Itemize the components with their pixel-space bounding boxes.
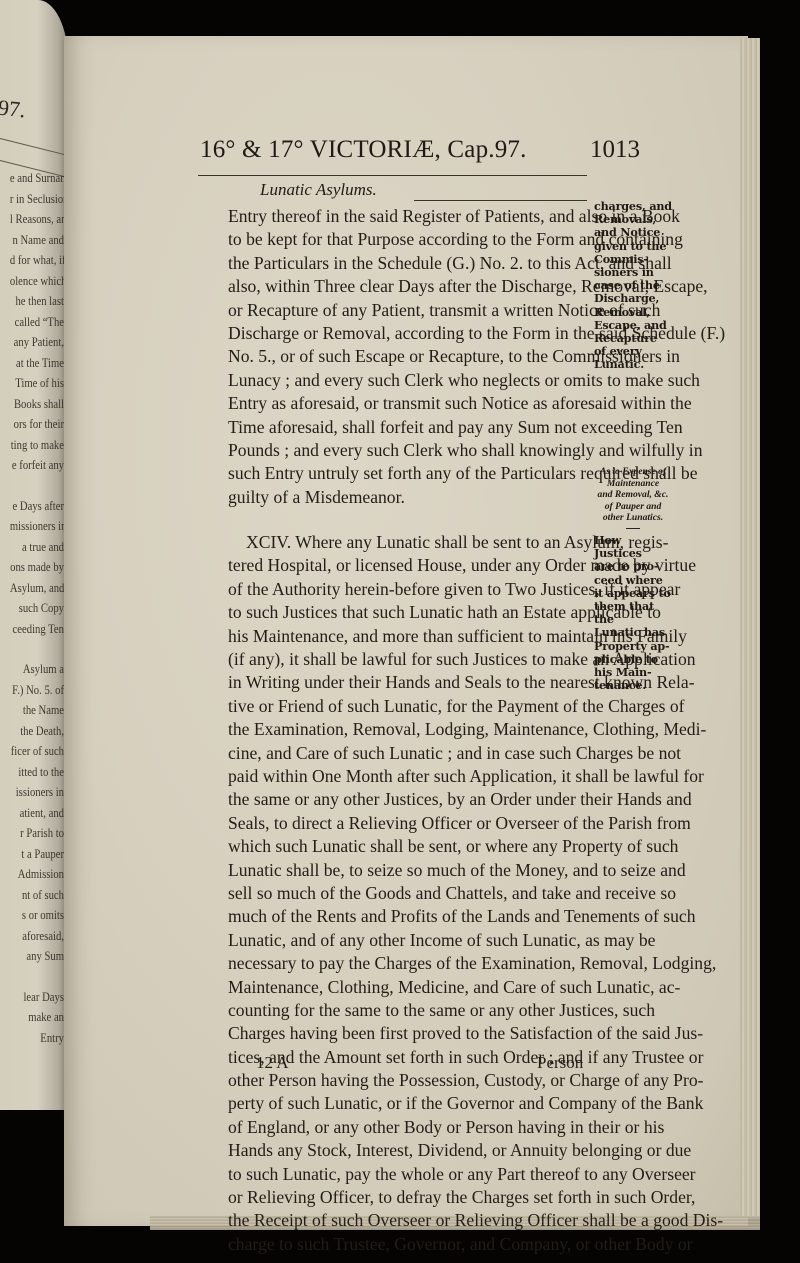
left-page-fragment: issioners in	[10, 782, 64, 803]
body-line: such Entry untruly set forth any of the …	[228, 462, 585, 485]
margin-note-line: are to pro-	[594, 560, 672, 573]
left-page-fragment: ceeding Ten	[10, 619, 64, 640]
signature-mark: 12 A	[256, 1053, 289, 1073]
body-line: Hands any Stock, Interest, Dividend, or …	[228, 1139, 585, 1162]
margin-note-line: Lunatic has	[594, 626, 672, 639]
margin-note-line: As to Expense of	[594, 466, 672, 478]
body-line: to be kept for that Purpose according to…	[228, 228, 585, 251]
left-page-fragment: missioners in	[10, 516, 64, 537]
paragraph-xciii-continued: Entry thereof in the said Register of Pa…	[228, 205, 585, 509]
left-page-fragment: Asylum a	[10, 659, 64, 680]
left-page-fragment: at the Time	[10, 353, 64, 374]
margin-note-divider	[626, 528, 640, 529]
body-line: much of the Rents and Profits of the Lan…	[228, 905, 585, 928]
left-page-fragment: lear Days	[10, 987, 64, 1008]
body-line: his Maintenance, and more than sufficien…	[228, 625, 585, 648]
left-page-text-fragments: e and Surnamer in Seclusionl Reasons, an…	[0, 168, 64, 1048]
left-page-running-number: 97.	[0, 95, 27, 124]
left-page-fragment: e and Surname	[10, 168, 64, 189]
body-line: or Relieving Officer, to defray the Char…	[228, 1186, 585, 1209]
left-page-fragment: olence which	[10, 271, 64, 292]
left-page-fragment: any Patient,	[10, 332, 64, 353]
body-line: Seals, to direct a Relieving Officer or …	[228, 812, 585, 835]
left-page-fragment: make an	[10, 1007, 64, 1028]
left-page-fragment: F.) No. 5. of	[10, 680, 64, 701]
left-page-fragment: such Copy	[10, 598, 64, 619]
left-page-fragment: atient, and	[10, 803, 64, 824]
left-page-fragment: called “The	[10, 312, 64, 333]
body-line: the Examination, Removal, Lodging, Maint…	[228, 718, 585, 741]
left-facing-page: 97. e and Surnamer in Seclusionl Reasons…	[0, 0, 68, 1110]
body-line: Lunatic shall be, to seize so much of th…	[228, 859, 585, 882]
body-line: Maintenance, Clothing, Medicine, and Car…	[228, 976, 585, 999]
body-line: to such Lunatic, pay the whole or any Pa…	[228, 1163, 585, 1186]
margin-note-line: ceed where	[594, 574, 672, 587]
body-line: of the Authority herein-before given to …	[228, 578, 585, 601]
margin-note-line: tenance.	[594, 679, 672, 692]
left-page-fragment: r Parish to	[10, 823, 64, 844]
margin-note-line: Maintenance	[594, 478, 672, 490]
body-line: sell so much of the Goods and Chattels, …	[228, 882, 585, 905]
left-page-fragment: ficer of such	[10, 741, 64, 762]
page-number: 1013	[590, 136, 640, 164]
body-line: of England, or any other Body or Person …	[228, 1116, 585, 1139]
margin-note-line: Property ap-	[594, 640, 672, 653]
left-page-fragment: ons made by	[10, 557, 64, 578]
left-page-fragment: Books shall	[10, 394, 64, 415]
margin-note-line: Removal,	[594, 306, 672, 319]
left-page-fragment: Time of his	[10, 373, 64, 394]
margin-note-line: and Notice	[594, 226, 672, 239]
body-line: perty of such Lunatic, or if the Governo…	[228, 1092, 585, 1115]
body-line: necessary to pay the Charges of the Exam…	[228, 952, 585, 975]
left-page-fragment: d for what, if	[10, 250, 64, 271]
body-text: Entry thereof in the said Register of Pa…	[228, 205, 585, 1256]
left-page-fragment: l Reasons, and	[10, 209, 64, 230]
left-page-fragment: Entry	[10, 1028, 64, 1049]
page-stack-edge	[740, 38, 760, 1218]
margin-note-line: them that the	[594, 600, 672, 626]
margin-note-notice-of-discharge: charges, andRemovals,and Noticegiven to …	[594, 200, 672, 372]
body-line: Discharge or Removal, according to the F…	[228, 322, 585, 345]
body-line: the same or any other Justices, by an Or…	[228, 788, 585, 811]
margin-note-expense-of-maintenance: As to Expense ofMaintenanceand Removal, …	[594, 466, 672, 692]
body-line: counting for the same to the same or any…	[228, 999, 585, 1022]
left-page-fragment: s or omits	[10, 905, 64, 926]
left-page-fragment: t a Pauper	[10, 844, 64, 865]
body-line: the Receipt of such Overseer or Relievin…	[228, 1209, 585, 1232]
section-heading: Lunatic Asylums.	[260, 180, 377, 200]
body-line: (if any), it shall be lawful for such Ju…	[228, 648, 585, 671]
left-page-fragment: n Name and	[10, 230, 64, 251]
margin-note-line: other Lunatics.	[594, 512, 672, 524]
body-line: charge to such Trustee, Governor, and Co…	[228, 1233, 585, 1256]
left-page-fragment: the Death,	[10, 721, 64, 742]
body-line: or Recapture of any Patient, transmit a …	[228, 299, 585, 322]
body-line: paid within One Month after such Applica…	[228, 765, 585, 788]
header-rule	[198, 175, 587, 176]
body-line: cine, and Care of such Lunatic ; and in …	[228, 742, 585, 765]
margin-note-line: it appears to	[594, 587, 672, 600]
margin-note-line: Discharge,	[594, 292, 672, 305]
left-page-fragment: a true and	[10, 537, 64, 558]
body-line: Pounds ; and every such Clerk who shall …	[228, 439, 585, 462]
body-line: Entry as aforesaid, or transmit such Not…	[228, 392, 585, 415]
section-heading-rule	[414, 200, 587, 201]
left-page-fragment: the Name	[10, 700, 64, 721]
paragraph-xciv: XCIV. Where any Lunatic shall be sent to…	[228, 531, 585, 1256]
body-line: No. 5., or of such Escape or Recapture, …	[228, 345, 585, 368]
left-page-fragment: itted to the	[10, 762, 64, 783]
left-page-fragment: Asylum, and	[10, 578, 64, 599]
body-line: XCIV. Where any Lunatic shall be sent to…	[228, 531, 585, 554]
catchword: Person	[537, 1053, 583, 1073]
body-line: also, within Three clear Days after the …	[228, 275, 585, 298]
left-page-fragment: Admission	[10, 864, 64, 885]
left-page-header-rule	[0, 138, 68, 156]
left-page-fragment: ors for their	[10, 414, 64, 435]
body-line: Charges having been first proved to the …	[228, 1022, 585, 1045]
body-line: which such Lunatic shall be sent, or whe…	[228, 835, 585, 858]
body-line: tered Hospital, or licensed House, under…	[228, 554, 585, 577]
body-line: Lunacy ; and every such Clerk who neglec…	[228, 369, 585, 392]
margin-note-line: Lunatic.	[594, 358, 672, 371]
left-page-fragment: any Sum	[10, 946, 64, 967]
body-line: Time aforesaid, shall forfeit and pay an…	[228, 416, 585, 439]
left-page-fragment: ting to make	[10, 435, 64, 456]
left-page-fragment: e Days after	[10, 496, 64, 517]
body-line: guilty of a Misdemeanor.	[228, 486, 585, 509]
margin-note-line: How Justices	[594, 534, 672, 560]
body-line: to such Justices that such Lunatic hath …	[228, 601, 585, 624]
body-line: Entry thereof in the said Register of Pa…	[228, 205, 585, 228]
margin-note-line: and Removal, &c.	[594, 489, 672, 501]
running-header: 16° & 17° VICTORIÆ, Cap.97. 1013	[200, 132, 640, 172]
body-line: tive or Friend of such Lunatic, for the …	[228, 695, 585, 718]
body-line: in Writing under their Hands and Seals t…	[228, 671, 585, 694]
left-page-fragment: e forfeit any	[10, 455, 64, 476]
margin-note-line: of Pauper and	[594, 501, 672, 513]
left-page-fragment: he then last	[10, 291, 64, 312]
margin-note-line: given to the	[594, 240, 672, 253]
left-page-fragment: r in Seclusion	[10, 189, 64, 210]
act-title: 16° & 17° VICTORIÆ, Cap.97.	[200, 136, 527, 164]
body-line: Lunatic, and of any other Income of such…	[228, 929, 585, 952]
left-page-fragment: aforesaid,	[10, 926, 64, 947]
body-line: the Particulars in the Schedule (G.) No.…	[228, 252, 585, 275]
left-page-fragment: nt of such	[10, 885, 64, 906]
